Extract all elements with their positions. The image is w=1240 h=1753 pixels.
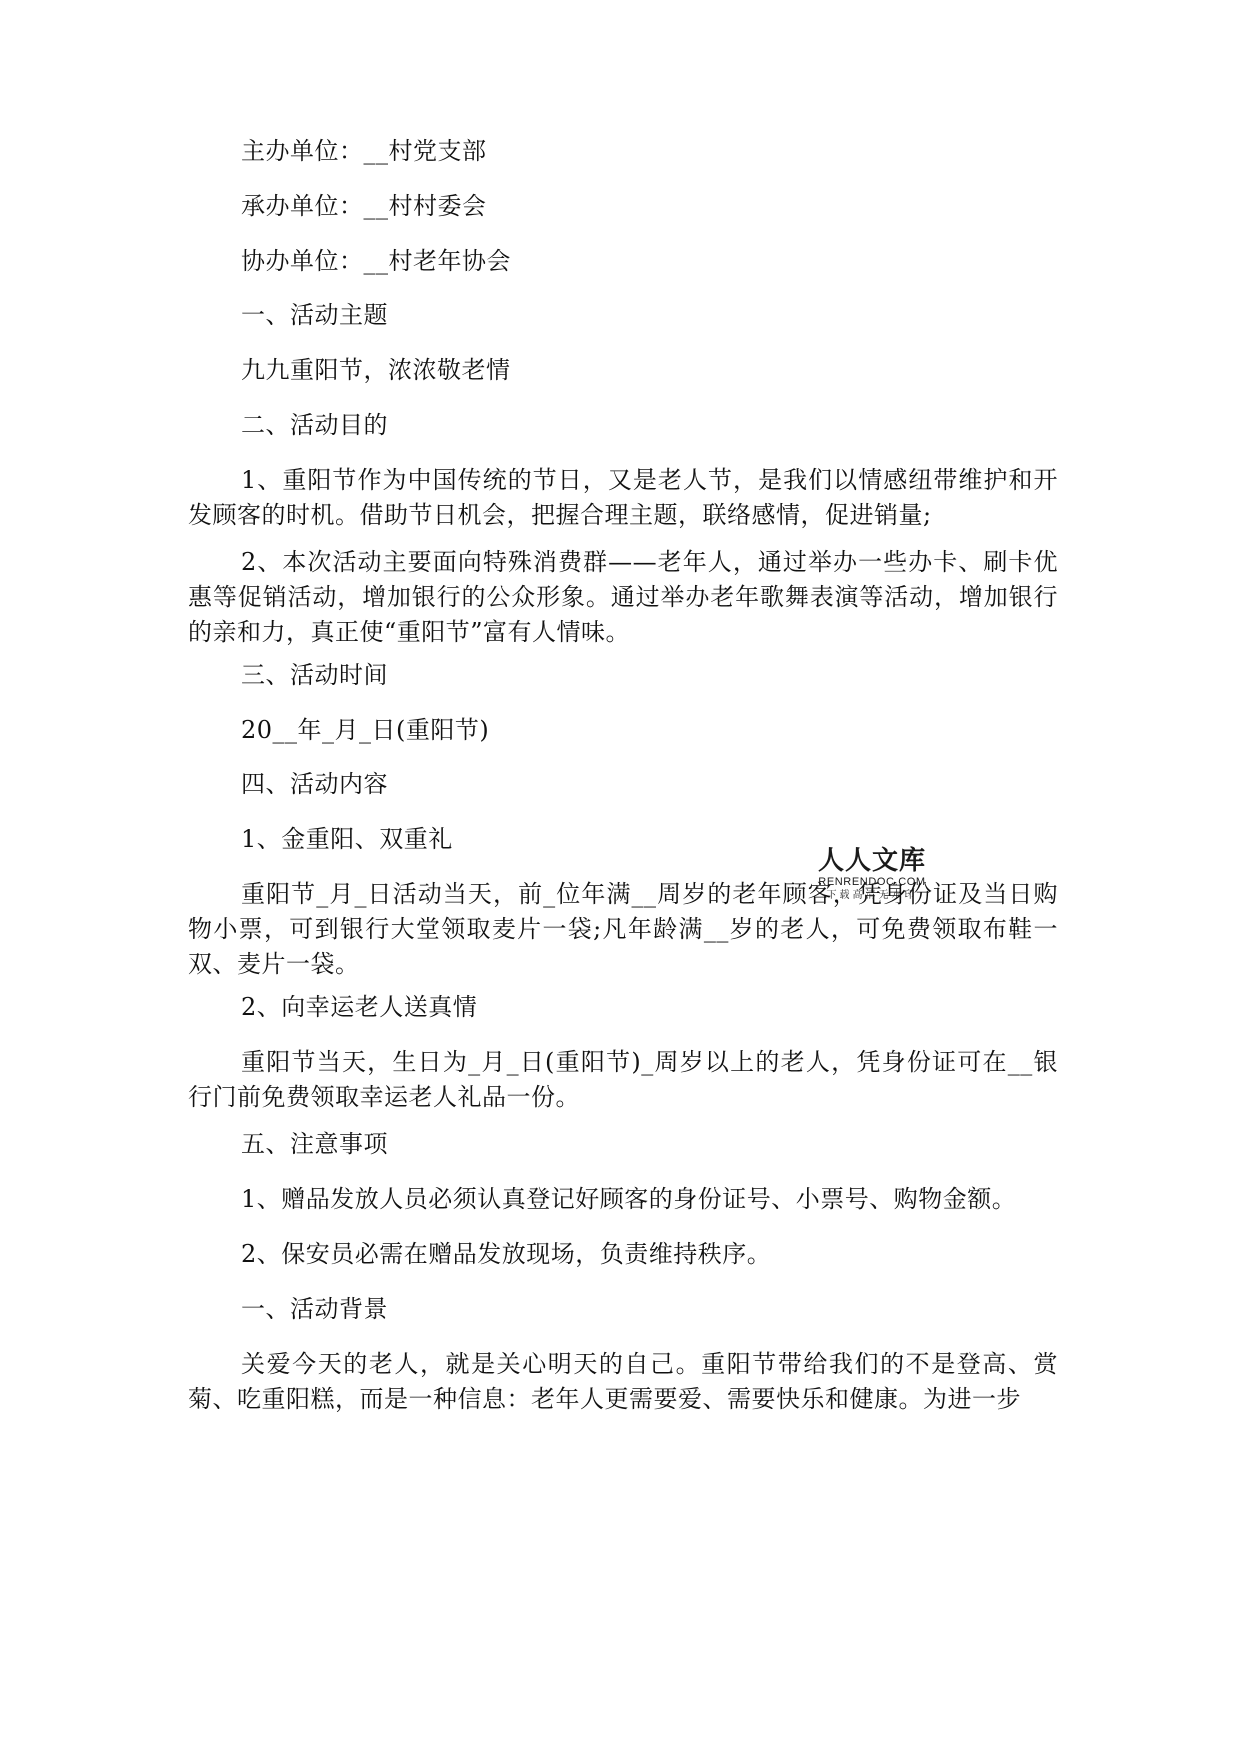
section-heading-theme: 一、活动主题 bbox=[241, 298, 388, 332]
document-page: 主办单位：__村党支部 承办单位：__村村委会 协办单位：__村老年协会 一、活… bbox=[0, 0, 1240, 1753]
theme-text: 九九重阳节，浓浓敬老情 bbox=[241, 353, 511, 387]
section-heading-notice: 五、注意事项 bbox=[241, 1127, 388, 1161]
watermark-logo: 人人文库 RENRENDOC.COM 下载高清无水印 bbox=[812, 846, 932, 902]
event-date: 20__年_月_日(重阳节) bbox=[241, 713, 489, 747]
purpose-paragraph-2: 2、本次活动主要面向特殊消费群——老年人，通过举办一些办卡、刷卡优惠等促销活动，… bbox=[188, 545, 1058, 650]
section-heading-background: 一、活动背景 bbox=[241, 1292, 388, 1326]
watermark-subtitle: 下载高清无水印 bbox=[812, 889, 932, 902]
organizer-host: 主办单位：__村党支部 bbox=[241, 134, 487, 168]
section-heading-time: 三、活动时间 bbox=[241, 658, 388, 692]
notice-item-2: 2、保安员必需在赠品发放现场，负责维持秩序。 bbox=[241, 1237, 771, 1271]
section-heading-content: 四、活动内容 bbox=[241, 767, 388, 801]
background-paragraph: 关爱今天的老人，就是关心明天的自己。重阳节带给我们的不是登高、赏菊、吃重阳糕，而… bbox=[188, 1347, 1058, 1417]
organizer-co-organizer: 协办单位：__村老年协会 bbox=[241, 244, 511, 278]
watermark-title: 人人文库 bbox=[812, 846, 932, 876]
watermark-domain: RENRENDOC.COM bbox=[812, 876, 932, 889]
purpose-paragraph-1: 1、重阳节作为中国传统的节日，又是老人节，是我们以情感纽带维护和开发顾客的时机。… bbox=[188, 463, 1058, 533]
organizer-undertaker: 承办单位：__村村委会 bbox=[241, 189, 487, 223]
content-item-2-title: 2、向幸运老人送真情 bbox=[241, 990, 477, 1024]
content-item-1-title: 1、金重阳、双重礼 bbox=[241, 822, 453, 856]
notice-item-1: 1、赠品发放人员必须认真登记好顾客的身份证号、小票号、购物金额。 bbox=[241, 1182, 1016, 1216]
content-item-2-body: 重阳节当天，生日为_月_日(重阳节)_周岁以上的老人，凭身份证可在__银行门前免… bbox=[188, 1045, 1058, 1115]
section-heading-purpose: 二、活动目的 bbox=[241, 408, 388, 442]
